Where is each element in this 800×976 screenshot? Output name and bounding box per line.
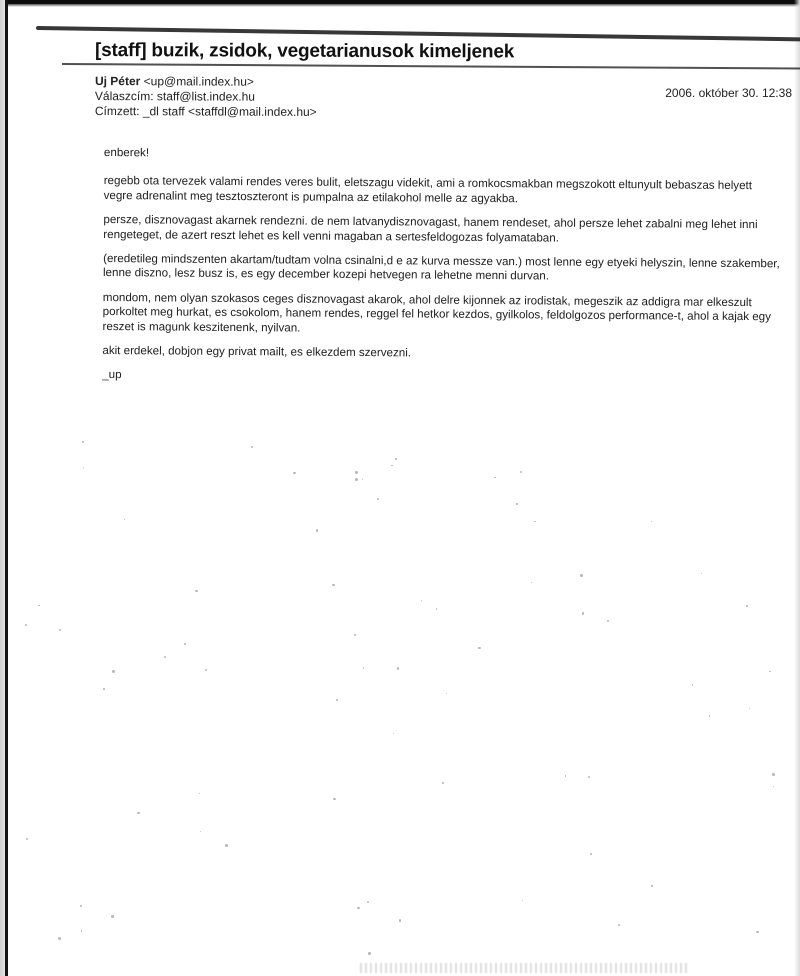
- body-paragraph: regebb ota tervezek valami rendes veres …: [104, 174, 784, 208]
- scan-speck: [534, 521, 535, 522]
- scan-border-left: [5, 0, 8, 976]
- scan-border-right: [794, 0, 800, 976]
- scan-speck: [436, 608, 437, 609]
- scan-speck: [769, 671, 770, 672]
- scan-speck: [367, 901, 369, 903]
- scan-speck: [333, 798, 335, 800]
- scan-speck: [355, 471, 358, 474]
- scan-speck: [442, 782, 444, 784]
- sender-line: Uj Péter <up@mail.index.hu>: [95, 74, 317, 90]
- scan-speck: [607, 620, 609, 622]
- scan-speck: [332, 584, 335, 587]
- scan-speck: [531, 582, 532, 583]
- title-rule-bottom: [62, 63, 800, 69]
- scan-speck: [494, 477, 496, 479]
- scan-speck: [363, 667, 365, 669]
- scan-border-top-shadow: [0, 4, 800, 7]
- scan-speck: [397, 667, 400, 670]
- scan-speck: [199, 793, 200, 794]
- scan-speck: [81, 930, 82, 931]
- scan-speck: [200, 831, 201, 832]
- recipient-label: Címzett:: [95, 104, 140, 118]
- scan-speck: [58, 937, 61, 940]
- email-header: Uj Péter <up@mail.index.hu> Válaszcím: s…: [95, 74, 317, 120]
- reply-to-value: staff@list.index.hu: [157, 89, 255, 103]
- scan-speck: [393, 733, 394, 734]
- body-paragraph-greeting: enberek!: [104, 146, 784, 166]
- scan-speck: [749, 708, 750, 709]
- body-signature: _up: [102, 368, 782, 388]
- scan-speck: [580, 574, 583, 577]
- scanned-email-page: [staff] buzik, zsidok, vegetarianusok ki…: [0, 0, 800, 976]
- scan-speck: [618, 924, 620, 926]
- scan-speck: [316, 529, 318, 531]
- scan-speck: [26, 838, 28, 840]
- body-paragraph: (eredetileg mindszenten akartam/tudtam v…: [103, 252, 783, 286]
- scan-speck: [582, 612, 585, 615]
- scan-speck: [565, 775, 567, 777]
- scan-speck: [82, 441, 84, 443]
- recipient-line: Címzett: _dl staff <staffdl@mail.index.h…: [95, 104, 317, 120]
- sender-address: <up@mail.index.hu>: [144, 74, 254, 88]
- scan-speck: [205, 669, 207, 671]
- scan-speck: [756, 931, 759, 934]
- scan-speck: [357, 907, 359, 909]
- scan-speck: [746, 605, 748, 607]
- scan-speck: [25, 624, 27, 626]
- email-body: enberek! regebb ota tervezek valami rend…: [102, 146, 784, 398]
- scan-speck: [692, 684, 693, 685]
- scan-speck: [59, 629, 61, 631]
- scan-speck: [368, 952, 371, 955]
- scan-speck: [651, 885, 652, 886]
- scan-speck: [362, 479, 363, 480]
- recipient-value: _dl staff <staffdl@mail.index.hu>: [143, 104, 317, 119]
- scan-speck: [225, 844, 228, 847]
- body-paragraph: akit erdekel, dobjon egy privat mailt, e…: [102, 344, 782, 364]
- sender-name: Uj Péter: [95, 74, 140, 88]
- title-rule-top: [36, 26, 800, 41]
- scan-speck: [478, 647, 481, 650]
- scan-speck: [377, 498, 380, 501]
- reply-to-label: Válaszcím:: [95, 89, 154, 103]
- scan-speck: [588, 776, 590, 778]
- scan-speck: [395, 458, 397, 460]
- scan-speck: [709, 715, 711, 717]
- scan-speck: [446, 693, 447, 694]
- scan-speck: [80, 905, 82, 907]
- scan-speck: [164, 656, 166, 658]
- scan-speck: [355, 478, 358, 481]
- scan-speck: [421, 600, 422, 601]
- scan-speck: [651, 521, 652, 522]
- scan-speck: [590, 853, 592, 855]
- scan-speck: [336, 699, 338, 701]
- reply-to-line: Válaszcím: staff@list.index.hu: [95, 89, 317, 105]
- scan-speck: [112, 670, 115, 673]
- scan-speck: [83, 467, 84, 468]
- email-date: 2006. október 30. 12:38: [665, 86, 792, 100]
- body-paragraph: mondom, nem olyan szokasos ceges disznov…: [103, 291, 783, 340]
- scan-speck: [251, 446, 253, 448]
- scan-speck: [38, 605, 40, 607]
- scan-speck: [103, 688, 105, 690]
- scan-smudge: [360, 963, 690, 973]
- scan-speck: [516, 503, 517, 504]
- email-subject: [staff] buzik, zsidok, vegetarianusok ki…: [95, 40, 514, 63]
- scan-speck: [522, 900, 523, 901]
- scan-speck: [773, 786, 774, 787]
- scan-speck: [701, 573, 702, 574]
- scan-speck: [399, 919, 401, 921]
- body-paragraph: persze, disznovagast akarnek rendezni. d…: [103, 213, 783, 247]
- scan-speck: [293, 472, 296, 475]
- scan-speck: [111, 915, 113, 917]
- scan-speck: [391, 465, 393, 467]
- scan-speck: [354, 634, 356, 636]
- scan-speck: [124, 519, 125, 520]
- scan-speck: [195, 590, 198, 593]
- scan-speck: [184, 643, 186, 645]
- scan-speck: [137, 812, 139, 814]
- scan-speck: [772, 773, 775, 776]
- scan-speck: [520, 471, 522, 473]
